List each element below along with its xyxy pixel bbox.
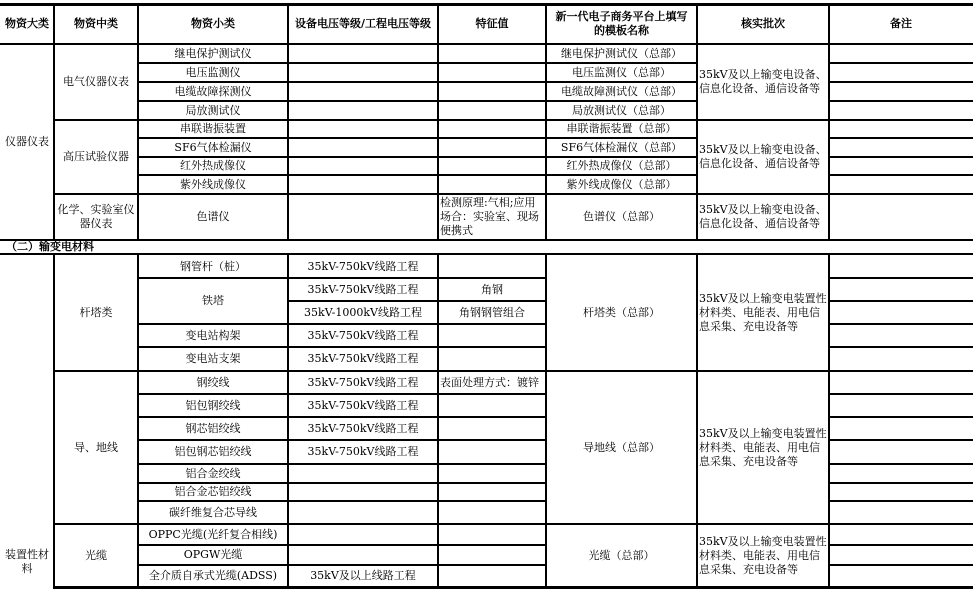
- template-name-cell: 紫外线成像仪（总部）: [546, 175, 697, 194]
- voltage-cell: 35kV-750kV线路工程: [288, 394, 438, 417]
- header-major-category: 物资大类: [0, 4, 54, 44]
- sub-category-cell: 继电保护测试仪: [138, 44, 288, 63]
- sub-category-cell: 色谱仪: [138, 194, 288, 240]
- header-remarks: 备注: [829, 4, 973, 44]
- header-mid-category: 物资中类: [54, 4, 138, 44]
- mid-category-cell: 导、地线: [54, 371, 138, 524]
- grid-line: [828, 346, 973, 348]
- grid-line: [137, 174, 698, 176]
- template-name-cell: 电压监测仪（总部）: [546, 63, 697, 82]
- sub-category-cell: 铁塔: [138, 278, 288, 324]
- voltage-cell: 35kV及以上线路工程: [288, 565, 438, 587]
- feature-cell: 角钢: [438, 278, 546, 301]
- template-name-cell: SF6气体检漏仪（总部）: [546, 138, 697, 157]
- sub-category-cell: 变电站支架: [138, 347, 288, 371]
- grid-line: [828, 393, 973, 395]
- mid-category-cell: 高压试验仪器: [54, 120, 138, 194]
- mid-category-cell: 杆塔类: [54, 255, 138, 371]
- mid-category-cell: 光缆: [54, 524, 138, 587]
- sub-category-cell: 钢管杆（桩）: [138, 255, 288, 278]
- mid-category-cell: 电气仪器仪表: [54, 44, 138, 120]
- grid-line: [828, 137, 973, 139]
- grid-line: [828, 439, 973, 441]
- grid-line: [545, 253, 547, 589]
- sub-category-cell: 紫外线成像仪: [138, 175, 288, 194]
- grid-line: [137, 393, 547, 395]
- grid-line: [137, 500, 547, 502]
- sub-category-cell: 碳纤维复合芯导线: [138, 501, 288, 524]
- voltage-cell: 35kV-1000kV线路工程: [288, 301, 438, 324]
- template-name-cell: 局放测试仪（总部）: [546, 101, 697, 120]
- sub-category-cell: SF6气体检漏仪: [138, 138, 288, 157]
- grid-line: [828, 100, 973, 102]
- sub-category-cell: 钢绞线: [138, 371, 288, 394]
- grid-line: [137, 544, 547, 546]
- header-template-name: 新一代电子商务平台上填写 的模板名称: [546, 4, 697, 44]
- sub-category-cell: 电压监测仪: [138, 63, 288, 82]
- grid-line: [828, 500, 973, 502]
- grid-line: [437, 3, 439, 240]
- grid-line: [287, 3, 289, 240]
- batch-cell: 35kV及以上输变电设备、 信息化设备、通信设备等: [697, 120, 829, 194]
- grid-line: [828, 62, 973, 64]
- grid-line: [137, 137, 698, 139]
- sub-category-cell: 铝合金绞线: [138, 464, 288, 483]
- template-name-cell: 杆塔类（总部）: [546, 255, 697, 371]
- grid-line: [545, 3, 547, 240]
- grid-line: [287, 300, 547, 302]
- header-feature: 特征值: [438, 4, 546, 44]
- voltage-cell: 35kV-750kV线路工程: [288, 440, 438, 464]
- template-name-cell: 串联谐振装置（总部）: [546, 120, 697, 138]
- batch-cell: 35kV及以上输变电装置性 材料类、电能表、用电信 息采集、充电设备等: [697, 255, 829, 371]
- grid-line: [137, 323, 547, 325]
- major-category-cell: 仪器仪表: [0, 44, 54, 240]
- template-name-cell: 继电保护测试仪（总部）: [546, 44, 697, 63]
- sub-category-cell: 钢芯铝绞线: [138, 417, 288, 440]
- grid-line: [828, 416, 973, 418]
- template-name-cell: 红外热成像仪（总部）: [546, 157, 697, 175]
- header-batch: 核实批次: [697, 4, 829, 44]
- major-category-cell: 装置性材 料: [0, 548, 54, 590]
- template-name-cell: 电缆故障测试仪（总部）: [546, 82, 697, 101]
- sub-category-cell: 红外热成像仪: [138, 157, 288, 175]
- grid-line: [137, 463, 547, 465]
- template-name-cell: 光缆（总部）: [546, 524, 697, 587]
- voltage-cell: 35kV-750kV线路工程: [288, 417, 438, 440]
- grid-line: [696, 253, 698, 589]
- grid-line: [828, 156, 973, 158]
- voltage-cell: 35kV-750kV线路工程: [288, 278, 438, 301]
- grid-line: [287, 253, 289, 589]
- header-sub-category: 物资小类: [138, 4, 288, 44]
- grid-line: [53, 370, 973, 372]
- batch-cell: 35kV及以上输变电设备、 信息化设备、通信设备等: [697, 44, 829, 120]
- grid-line: [828, 81, 973, 83]
- batch-cell: 35kV及以上输变电设备、 信息化设备、通信设备等: [697, 194, 829, 240]
- grid-line: [0, 239, 973, 241]
- grid-line: [137, 3, 139, 240]
- grid-line: [828, 544, 973, 546]
- template-name-cell: 色谱仪（总部）: [546, 194, 697, 240]
- feature-cell: 检测原理:气相;应用 场合：实验室、现场 便携式: [438, 194, 546, 240]
- mid-category-cell: 化学、实验室仪 器仪表: [54, 194, 138, 240]
- sub-category-cell: 铝包钢绞线: [138, 394, 288, 417]
- sub-category-cell: 变电站构架: [138, 324, 288, 347]
- grid-line: [137, 346, 547, 348]
- grid-line: [53, 119, 973, 121]
- grid-line: [828, 174, 973, 176]
- sub-category-cell: 局放测试仪: [138, 101, 288, 120]
- grid-line: [437, 253, 439, 589]
- voltage-cell: 35kV-750kV线路工程: [288, 371, 438, 394]
- grid-line: [53, 523, 973, 525]
- grid-line: [137, 156, 698, 158]
- grid-line: [828, 323, 973, 325]
- sub-category-cell: OPGW光缆: [138, 545, 288, 565]
- grid-line: [828, 300, 973, 302]
- grid-line: [53, 253, 55, 589]
- sub-category-cell: 全介质自承式光缆(ADSS): [138, 565, 288, 587]
- section-title: （二）输变电材料: [6, 240, 94, 254]
- feature-cell: 表面处理方式：镀锌: [438, 371, 546, 394]
- batch-cell: 35kV及以上输变电装置性 材料类、电能表、用电信 息采集、充电设备等: [697, 371, 829, 524]
- grid-line: [53, 3, 55, 240]
- batch-cell: 35kV及以上输变电装置性 材料类、电能表、用电信 息采集、充电设备等: [697, 524, 829, 587]
- grid-line: [828, 463, 973, 465]
- grid-line: [696, 3, 698, 240]
- grid-line: [53, 586, 973, 589]
- grid-line: [137, 253, 139, 589]
- grid-line: [137, 62, 698, 64]
- grid-line: [828, 564, 973, 566]
- grid-line: [828, 3, 830, 240]
- grid-line: [137, 564, 547, 566]
- header-voltage-level: 设备电压等级/工程电压等级: [288, 4, 438, 44]
- grid-line: [53, 193, 973, 195]
- voltage-cell: 35kV-750kV线路工程: [288, 324, 438, 347]
- grid-line: [137, 416, 547, 418]
- grid-line: [828, 482, 973, 484]
- voltage-cell: 35kV-750kV线路工程: [288, 347, 438, 371]
- sub-category-cell: 电缆故障探测仪: [138, 82, 288, 101]
- grid-line: [828, 253, 830, 589]
- sub-category-cell: OPPC光缆(光纤复合相线): [138, 524, 288, 545]
- grid-line: [137, 81, 698, 83]
- sub-category-cell: 串联谐振装置: [138, 120, 288, 138]
- feature-cell: 角钢钢管组合: [438, 301, 546, 324]
- template-name-cell: 导地线（总部）: [546, 371, 697, 524]
- sub-category-cell: 铝合金芯铝绞线: [138, 483, 288, 501]
- grid-line: [137, 482, 547, 484]
- sub-category-cell: 铝包钢芯铝绞线: [138, 440, 288, 464]
- grid-line: [137, 100, 698, 102]
- voltage-cell: 35kV-750kV线路工程: [288, 255, 438, 278]
- grid-line: [137, 277, 547, 279]
- grid-line: [828, 277, 973, 279]
- grid-line: [137, 439, 547, 441]
